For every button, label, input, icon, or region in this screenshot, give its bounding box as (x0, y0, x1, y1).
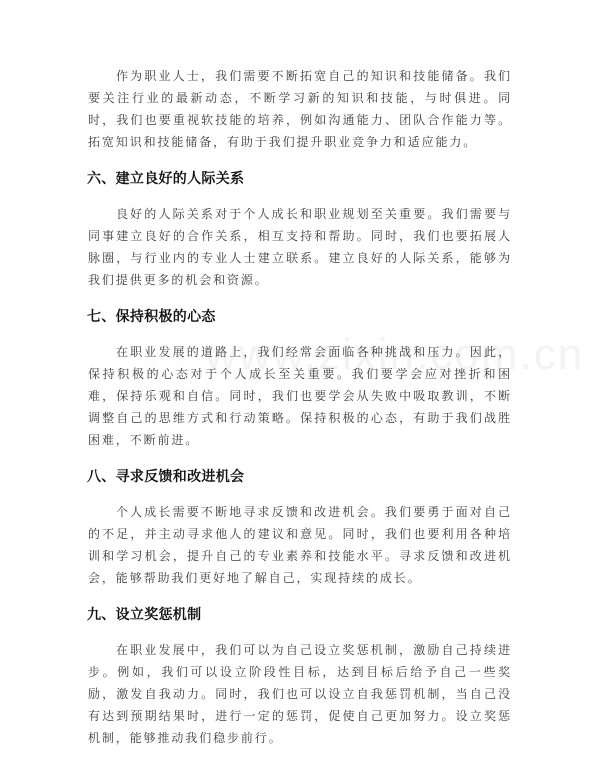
section-paragraph: 在职业发展的道路上，我们经常会面临各种挑战和压力。因此，保持积极的心态对于个人成… (88, 341, 512, 451)
section-heading: 六、建立良好的人际关系 (87, 168, 512, 190)
section-9: 九、设立奖惩机制 在职业发展中，我们可以为自己设立奖惩机制，激励自己持续进步。例… (88, 604, 512, 749)
section-8: 八、寻求反馈和改进机会 个人成长需要不断地寻求反馈和改进机会。我们要勇于面对自己… (88, 466, 512, 589)
document-page: 作为职业人士，我们需要不断拓宽自己的知识和技能储备。我们要关注行业的最新动态，不… (88, 65, 512, 749)
section-7: 七、保持积极的心态 在职业发展的道路上，我们经常会面临各种挑战和压力。因此，保持… (88, 306, 512, 451)
section-6: 六、建立良好的人际关系 良好的人际关系对于个人成长和职业规划至关重要。我们需要与… (88, 168, 512, 291)
section-paragraph: 个人成长需要不断地寻求反馈和改进机会。我们要勇于面对自己的不足，并主动寻求他人的… (88, 501, 512, 589)
section-heading: 八、寻求反馈和改进机会 (87, 466, 512, 488)
section-heading: 九、设立奖惩机制 (87, 604, 512, 626)
section-paragraph: 良好的人际关系对于个人成长和职业规划至关重要。我们需要与同事建立良好的合作关系，… (88, 203, 512, 291)
section-heading: 七、保持积极的心态 (87, 306, 512, 328)
intro-paragraph: 作为职业人士，我们需要不断拓宽自己的知识和技能储备。我们要关注行业的最新动态，不… (88, 65, 512, 153)
section-paragraph: 在职业发展中，我们可以为自己设立奖惩机制，激励自己持续进步。例如，我们可以设立阶… (88, 639, 512, 749)
